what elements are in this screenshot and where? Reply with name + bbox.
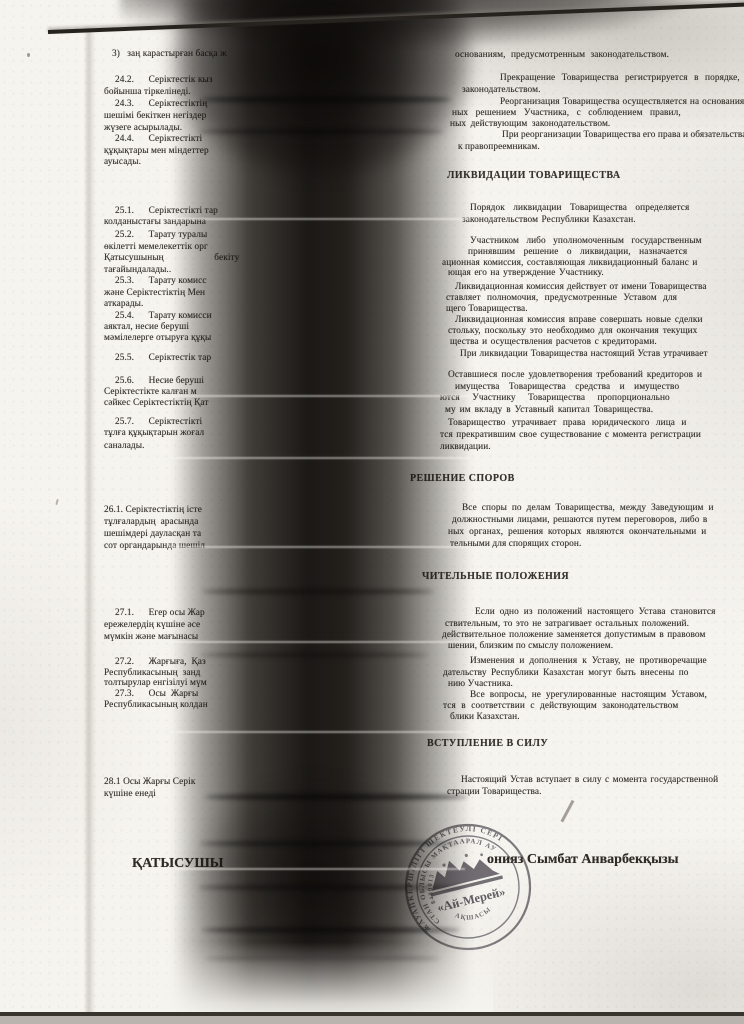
- text-line: действительное положение заменяется допу…: [442, 630, 705, 641]
- ink-streak: [198, 885, 464, 890]
- text-line: дательству Республики Казахстан могут бы…: [443, 668, 689, 679]
- text-line: ются Участнику Товарищества пропорционал…: [440, 393, 670, 404]
- ink-streak: [205, 794, 467, 800]
- ink-streak: [202, 589, 434, 594]
- ink-streak: [200, 841, 458, 846]
- scanner-smudge-top-blob: [165, 0, 477, 223]
- ink-streak: [200, 96, 452, 103]
- text-line: Ликвидационная комиссия действует от име…: [455, 282, 707, 293]
- ink-streak: [200, 653, 428, 657]
- text-line: күшіне енеді: [104, 789, 156, 800]
- text-line: саналады.: [104, 441, 145, 452]
- text-line: Порядок ликвидации Товарищества определя…: [470, 203, 689, 214]
- text-line: Участником либо уполномоченным государст…: [470, 236, 702, 247]
- scan-line: [170, 395, 470, 397]
- text-line: ауысады.: [104, 157, 141, 168]
- scan-line: [175, 868, 465, 870]
- text-line: Оставшиеся после удовлетворения требован…: [448, 370, 702, 381]
- text-line: шении, близким по смыслу положением.: [448, 641, 613, 652]
- scan-line: [170, 457, 470, 459]
- ink-streak: [202, 927, 460, 933]
- scanner-background-strip: [0, 1016, 744, 1024]
- text-line: принявшим решение о ликвидации, назначае…: [468, 247, 687, 258]
- scanned-document-page: 3) заң карастырған басқа ж24.2. Серіктес…: [0, 0, 744, 1024]
- scan-line: [170, 546, 470, 548]
- text-line: Если одно из положений настоящего Устава…: [475, 607, 715, 618]
- text-line: При ликвидации Товарищества настоящий Ус…: [460, 349, 708, 360]
- text-line: Настоящий Устав вступает в силу с момент…: [461, 775, 718, 786]
- text-line: аткарады.: [104, 299, 143, 310]
- text-line: тся в соответствии с действующим законод…: [443, 701, 678, 712]
- text-line: Товарищество утрачивает права юридическо…: [448, 418, 687, 429]
- text-line: му им вкладу в Уставный капитал Товарище…: [445, 405, 653, 416]
- text-line: ных органах, решения которых являются ок…: [448, 527, 706, 538]
- text-line: ставляет полномочия, предусмотренные Уст…: [446, 293, 677, 304]
- text-line: щества и осуществления расчетов с кредит…: [450, 337, 657, 348]
- paper-speck: [27, 53, 30, 57]
- text-line: должностными лицами, решаются путем пере…: [452, 515, 707, 526]
- text-line: законодательством Республики Казахстан.: [462, 215, 636, 226]
- scan-line: [170, 218, 470, 220]
- text-line: ных решением Участника, с соблюдением пр…: [452, 108, 681, 119]
- text-line: Все вопросы, не урегулированные настоящи…: [470, 690, 707, 701]
- text-line: Изменения и дополнения к Уставу, не прот…: [470, 656, 707, 667]
- scan-line: [170, 641, 470, 643]
- text-line: ствительным, то это не затрагивает остал…: [445, 619, 689, 630]
- scan-line: [170, 731, 470, 733]
- text-line: При реорганизации Товарищества его права…: [502, 130, 744, 141]
- text-line: имущества Товарищества средства и имущес…: [455, 382, 679, 393]
- text-line: Реорганизация Товарищества осуществляетс…: [500, 97, 744, 108]
- text-line: тся прекратившим свое существование с мо…: [440, 430, 701, 441]
- ink-streak: [198, 129, 444, 134]
- text-line: Ликвидационная комиссия вправе совершать…: [455, 315, 703, 326]
- text-line: Все споры по делам Товарищества, между З…: [462, 503, 714, 514]
- text-line: тағайындалады..: [104, 265, 171, 276]
- text-line: стольку, поскольку это необходимо для ок…: [448, 326, 697, 337]
